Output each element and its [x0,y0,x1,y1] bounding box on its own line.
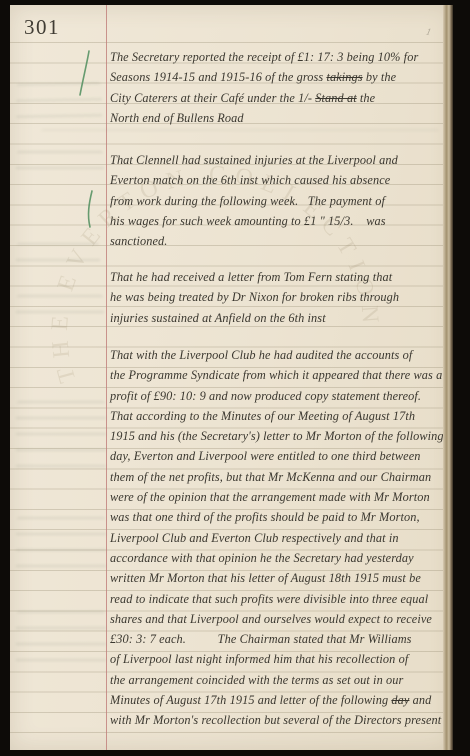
ink-show-through [40,129,440,143]
minute-paragraph-caterers-receipt: The Secretary reported the receipt of £1… [110,47,446,128]
ink-show-through [16,517,106,575]
ink-show-through [16,82,103,125]
ink-show-through [16,151,104,183]
manuscript-line: That according to the Minutes of our Mee… [110,406,446,426]
manuscript-line: were of the opinion that the arrangement… [110,487,446,507]
manuscript-line: day, Everton and Liverpool were entitled… [110,446,446,466]
minute-paragraph-tom-fern-letter: That he had received a letter from Tom F… [110,267,446,328]
manuscript-line: Liverpool Club and Everton Club respecti… [110,528,446,548]
manuscript-line: read to indicate that such profits were … [110,589,446,609]
manuscript-line: his wages for such week amounting to £1 … [110,211,446,231]
manuscript-line: injuries sustained at Anfield on the 6th… [110,308,446,328]
manuscript-line: profit of £90: 10: 9 and now produced co… [110,386,446,406]
manuscript-line: North end of Bullens Road [110,108,446,128]
scan-frame: THE EVERTON COLLECTION 301 1 The Secreta… [0,0,470,756]
manuscript-line: sanctioned. [110,231,446,251]
manuscript-line: Minutes of August 17th 1915 and letter o… [110,690,446,710]
manuscript-line: the Programme Syndicate from which it ap… [110,365,446,385]
manuscript-line: shares and that Liverpool and ourselves … [110,609,446,629]
manuscript-line: written Mr Morton that his letter of Aug… [110,568,446,588]
margin-rule [106,5,107,750]
manuscript-line: he was being treated by Dr Nixon for bro… [110,287,446,307]
minute-book-page: THE EVERTON COLLECTION 301 1 The Secreta… [10,5,453,750]
manuscript-line: That he had received a letter from Tom F… [110,267,446,287]
manuscript-line: City Caterers at their Café under the 1/… [110,88,446,108]
manuscript-line: the arrangement coincided with the terms… [110,670,446,690]
ink-show-through [16,611,106,671]
manuscript-line: That Clennell had sustained injuries at … [110,150,446,170]
manuscript-line: £30: 3: 7 each. The Chairman stated that… [110,629,446,649]
manuscript-line: with Mr Morton's recollection but severa… [110,710,446,730]
ink-show-through [16,401,106,473]
manuscript-line: was that one third of the profits should… [110,507,446,527]
manuscript-line: The Secretary reported the receipt of £1… [110,47,446,67]
manuscript-line: them of the net profits, but that Mr McK… [110,467,446,487]
manuscript-line: Seasons 1914-15 and 1915-16 of the gross… [110,67,446,87]
ink-show-through [16,295,104,325]
page-edge-gutter [443,5,453,750]
page-number: 301 [24,15,60,40]
manuscript-line: of Liverpool last night informed him tha… [110,649,446,669]
ink-show-through [16,243,100,269]
minute-paragraph-programme-syndicate: That with the Liverpool Club he had audi… [110,345,446,731]
minute-paragraph-clennell-injury: That Clennell had sustained injuries at … [110,150,446,251]
manuscript-line: accordance with that opinion he the Secr… [110,548,446,568]
pencil-annotation: 1 [425,27,432,39]
manuscript-line: from work during the following week. The… [110,191,446,211]
manuscript-line: 1915 and his (the Secretary's) letter to… [110,426,446,446]
manuscript-line: Everton match on the 6th inst which caus… [110,170,446,190]
manuscript-line: That with the Liverpool Club he had audi… [110,345,446,365]
